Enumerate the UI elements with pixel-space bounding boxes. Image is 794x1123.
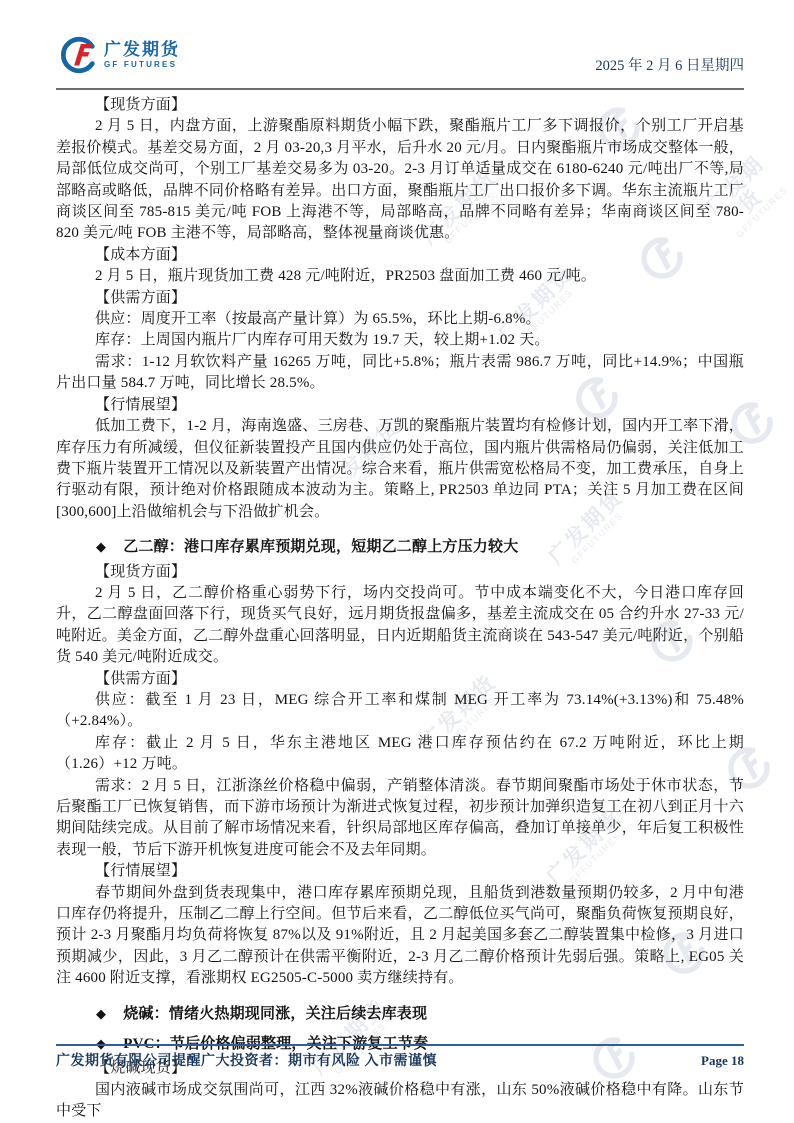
logo-text: 广发期货 GF FUTURES bbox=[104, 41, 180, 69]
report-page: 广发期货GFFUTURES 广发期货GFFUTURES 广发期货GFFUTURE… bbox=[0, 0, 794, 1123]
diamond-bullet-icon: ◆ bbox=[96, 1003, 106, 1024]
pet-outlook-paragraph: 低加工费下，1-2 月，海南逸盛、三房巷、万凯的聚酯瓶片装置均有检修计划，国内开… bbox=[56, 416, 744, 523]
report-date: 2025 年 2 月 6 日星期四 bbox=[595, 54, 744, 75]
meg-spot-paragraph: 2 月 5 日，乙二醇价格重心弱势下行，场内交投尚可。节中成本端变化不大，今日港… bbox=[56, 583, 744, 669]
logo-cn-text: 广发期货 bbox=[104, 41, 180, 59]
pet-supply-line: 供应：周度开工率（按最高产量计算）为 65.5%，环比上期-6.8%。 bbox=[56, 309, 744, 330]
section-label-spot: 【现货方面】 bbox=[56, 562, 744, 583]
report-body: 【现货方面】 2 月 5 日，内盘方面，上游聚酯原料期货小幅下跌，聚酯瓶片工厂多… bbox=[56, 95, 744, 1123]
gf-futures-logo: 广发期货 GF FUTURES bbox=[56, 34, 180, 76]
section-label-supply-demand: 【供需方面】 bbox=[56, 669, 744, 690]
risk-disclaimer: 广发期货有限公司提醒广大投资者：期市有风险 入市需谨慎 bbox=[56, 1050, 437, 1070]
section-label-outlook: 【行情展望】 bbox=[56, 395, 744, 416]
caustic-headline: ◆ 烧碱：情绪火热期现同涨，关注后续去库表现 bbox=[56, 1003, 744, 1025]
gf-logo-icon bbox=[56, 34, 98, 76]
caustic-spot-paragraph: 国内液碱市场成交氛围尚可，江西 32%液碱价格稳中有涨，山东 50%液碱价格稳中… bbox=[56, 1080, 744, 1123]
pet-inventory-line: 库存：上周国内瓶片厂内库存可用天数为 19.7 天，较上期+1.02 天。 bbox=[56, 330, 744, 351]
pet-spot-paragraph: 2 月 5 日，内盘方面，上游聚酯原料期货小幅下跌，聚酯瓶片工厂多下调报价，个别… bbox=[56, 116, 744, 244]
meg-supply-line: 供应：截至 1 月 23 日，MEG 综合开工率和煤制 MEG 开工率为 73.… bbox=[56, 690, 744, 733]
pet-demand-line: 需求：1-12 月软饮料产量 16265 万吨，同比+5.8%；瓶片表需 986… bbox=[56, 352, 744, 395]
meg-headline-text: 乙二醇：港口库存累库预期兑现，短期乙二醇上方压力较大 bbox=[123, 537, 518, 558]
meg-inventory-line: 库存：截止 2 月 5 日，华东主港地区 MEG 港口库存预估约在 67.2 万… bbox=[56, 733, 744, 776]
diamond-bullet-icon: ◆ bbox=[96, 536, 106, 557]
header-divider bbox=[56, 88, 744, 90]
meg-demand-line: 需求：2 月 5 日，江浙涤丝价格稳中偏弱，产销整体清淡。春节期间聚酯市场处于休… bbox=[56, 776, 744, 862]
footer-divider bbox=[56, 1044, 744, 1046]
section-label-supply-demand: 【供需方面】 bbox=[56, 288, 744, 309]
caustic-headline-text: 烧碱：情绪火热期现同涨，关注后续去库表现 bbox=[123, 1004, 427, 1025]
meg-outlook-paragraph: 春节期间外盘到货表现集中，港口库存累库预期兑现，且船货到港数量预期仍较多，2 月… bbox=[56, 883, 744, 990]
page-number: Page 18 bbox=[701, 1053, 744, 1069]
pet-cost-paragraph: 2 月 5 日，瓶片现货加工费 428 元/吨附近，PR2503 盘面加工费 4… bbox=[56, 266, 744, 287]
section-label-spot: 【现货方面】 bbox=[56, 95, 744, 116]
section-label-cost: 【成本方面】 bbox=[56, 245, 744, 266]
logo-en-text: GF FUTURES bbox=[104, 61, 180, 69]
page-header: 广发期货 GF FUTURES 2025 年 2 月 6 日星期四 bbox=[56, 34, 744, 76]
page-footer: 广发期货有限公司提醒广大投资者：期市有风险 入市需谨慎 Page 18 bbox=[56, 1050, 744, 1070]
section-label-outlook: 【行情展望】 bbox=[56, 861, 744, 882]
meg-headline: ◆ 乙二醇：港口库存累库预期兑现，短期乙二醇上方压力较大 bbox=[56, 536, 744, 558]
